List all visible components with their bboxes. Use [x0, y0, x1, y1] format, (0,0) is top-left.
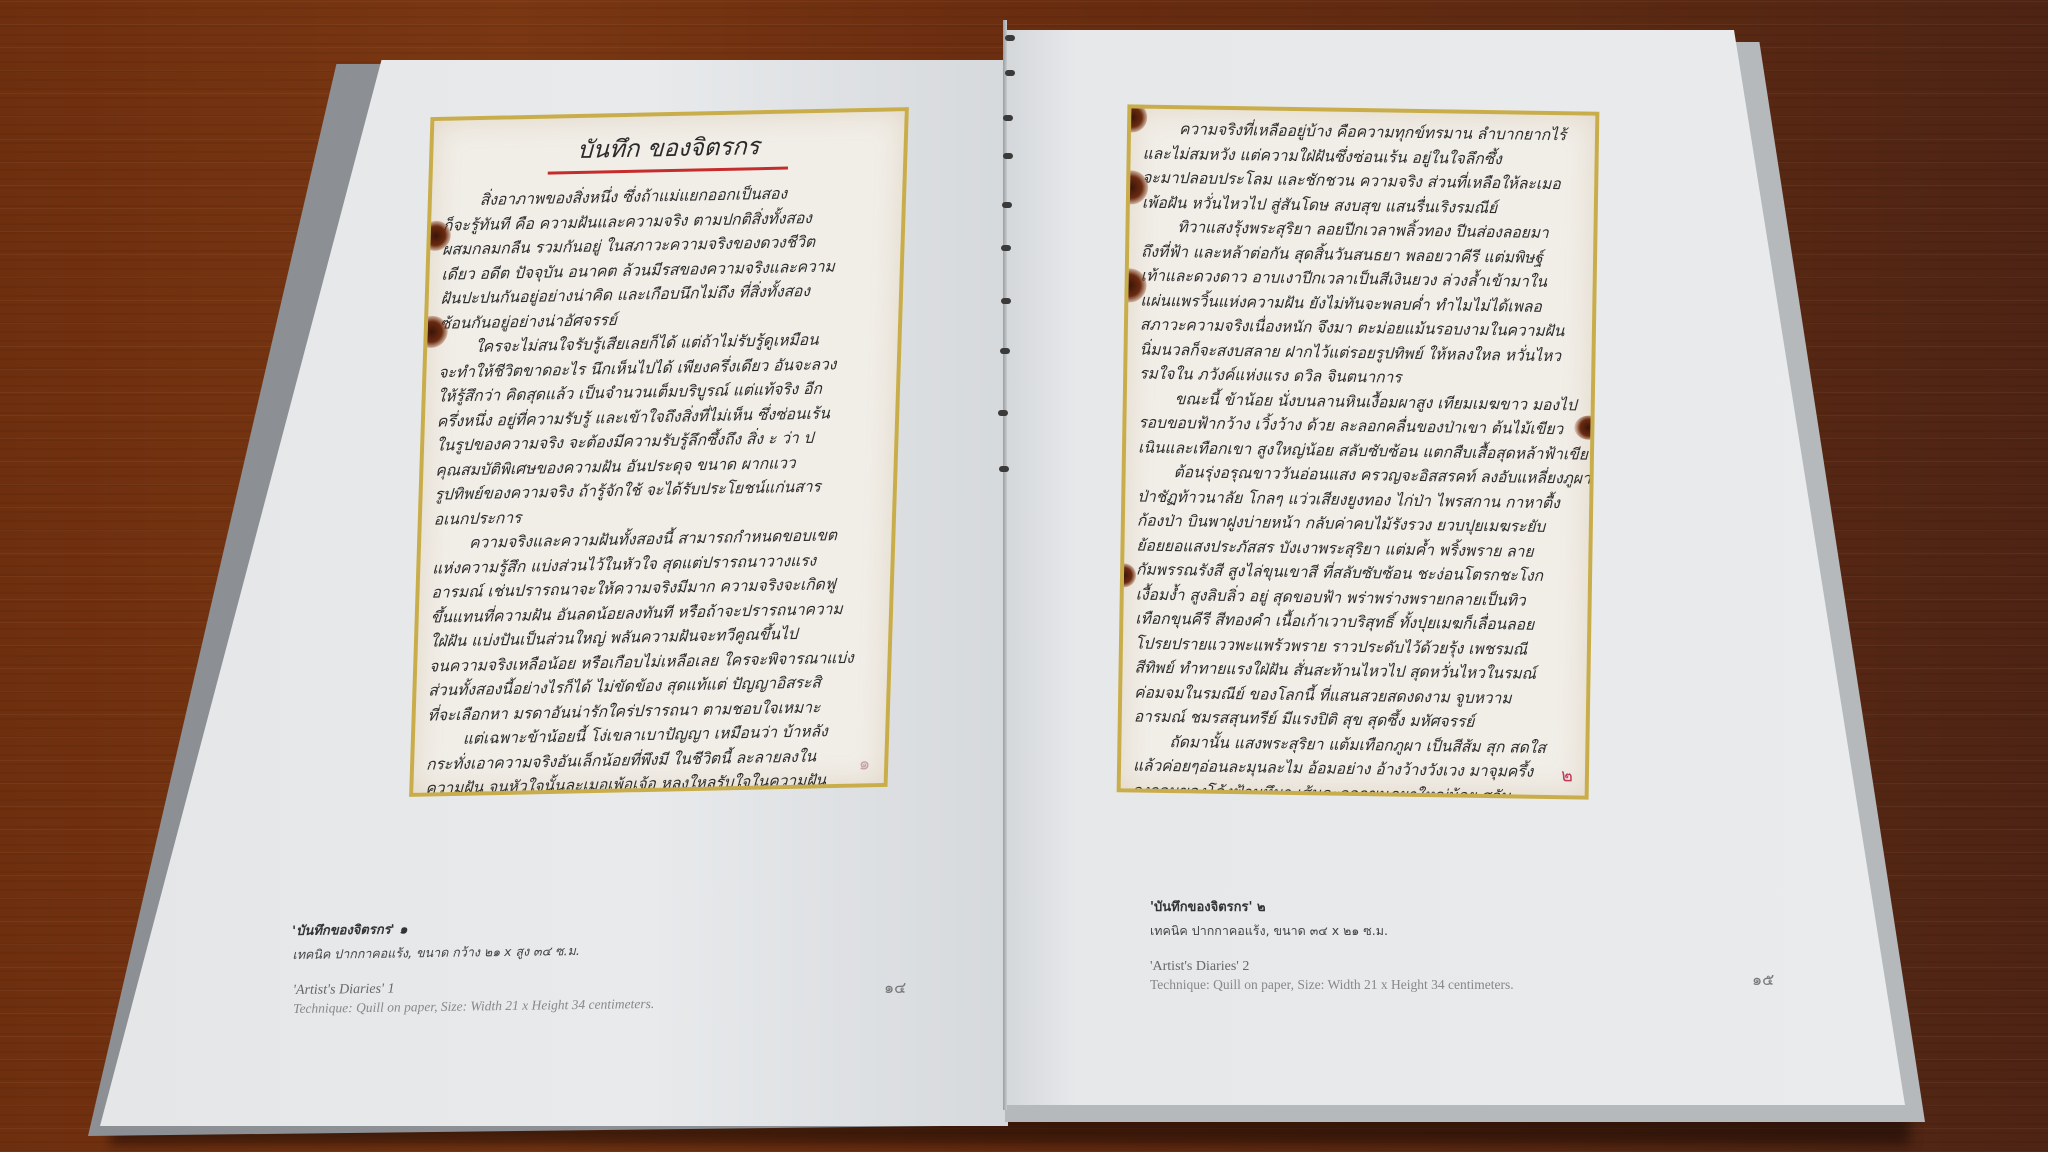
binding-stitch	[999, 466, 1009, 472]
caption-english-technique: Technique: Quill on paper, Size: Width 2…	[1150, 977, 1514, 993]
page-number-left: ๑๔	[884, 976, 906, 1001]
binding-stitch	[1000, 348, 1010, 354]
book-spine	[1003, 20, 1007, 1110]
caption-left: 'บันทึกของจิตรกร' ๑ เทคนิค ปากกาคอแร้ง, …	[292, 915, 654, 1017]
manuscript-page-mark: ๒	[1561, 760, 1573, 789]
binding-stitch	[1005, 70, 1015, 76]
binding-stitch	[1001, 245, 1011, 251]
caption-thai-technique: เทคนิค ปากกาคอแร้ง, ขนาด ๓๔ x ๒๑ ซ.ม.	[1150, 921, 1514, 941]
binding-stitch	[1005, 35, 1015, 41]
manuscript-title: บันทึก ของจิตรกร	[433, 123, 905, 172]
caption-thai-title: 'บันทึกของจิตรกร' ๒	[1150, 896, 1514, 917]
caption-right: 'บันทึกของจิตรกร' ๒ เทคนิค ปากกาคอแร้ง, …	[1150, 896, 1514, 993]
manuscript-text: ความจริงที่เหลืออยู่บ้าง คือความทุกข์ทรม…	[1120, 116, 1595, 799]
caption-english-title: 'Artist's Diaries' 2	[1150, 959, 1514, 975]
binding-stitch	[1002, 202, 1012, 208]
binding-stitch	[1001, 298, 1011, 304]
manuscript-page-mark: ๑	[858, 748, 870, 777]
binding-stitch	[1003, 115, 1013, 121]
binding-stitch	[1003, 153, 1013, 159]
page-number-right: ๑๕	[1752, 968, 1774, 993]
manuscript-left: บันทึก ของจิตรกร สิ่งอาภาพของสิ่งหนึ่ง ซ…	[409, 107, 909, 797]
manuscript-text: สิ่งอาภาพของสิ่งหนึ่ง ซึ่งถ้าแม่แยกออกเป…	[412, 179, 902, 797]
manuscript-right: ความจริงที่เหลืออยู่บ้าง คือความทุกข์ทรม…	[1117, 104, 1600, 799]
binding-stitch	[998, 410, 1008, 416]
caption-thai-technique: เทคนิค ปากกาคอแร้ง, ขนาด กว้าง ๒๑ x สูง …	[292, 940, 653, 965]
caption-thai-title: 'บันทึกของจิตรกร' ๑	[292, 915, 653, 941]
